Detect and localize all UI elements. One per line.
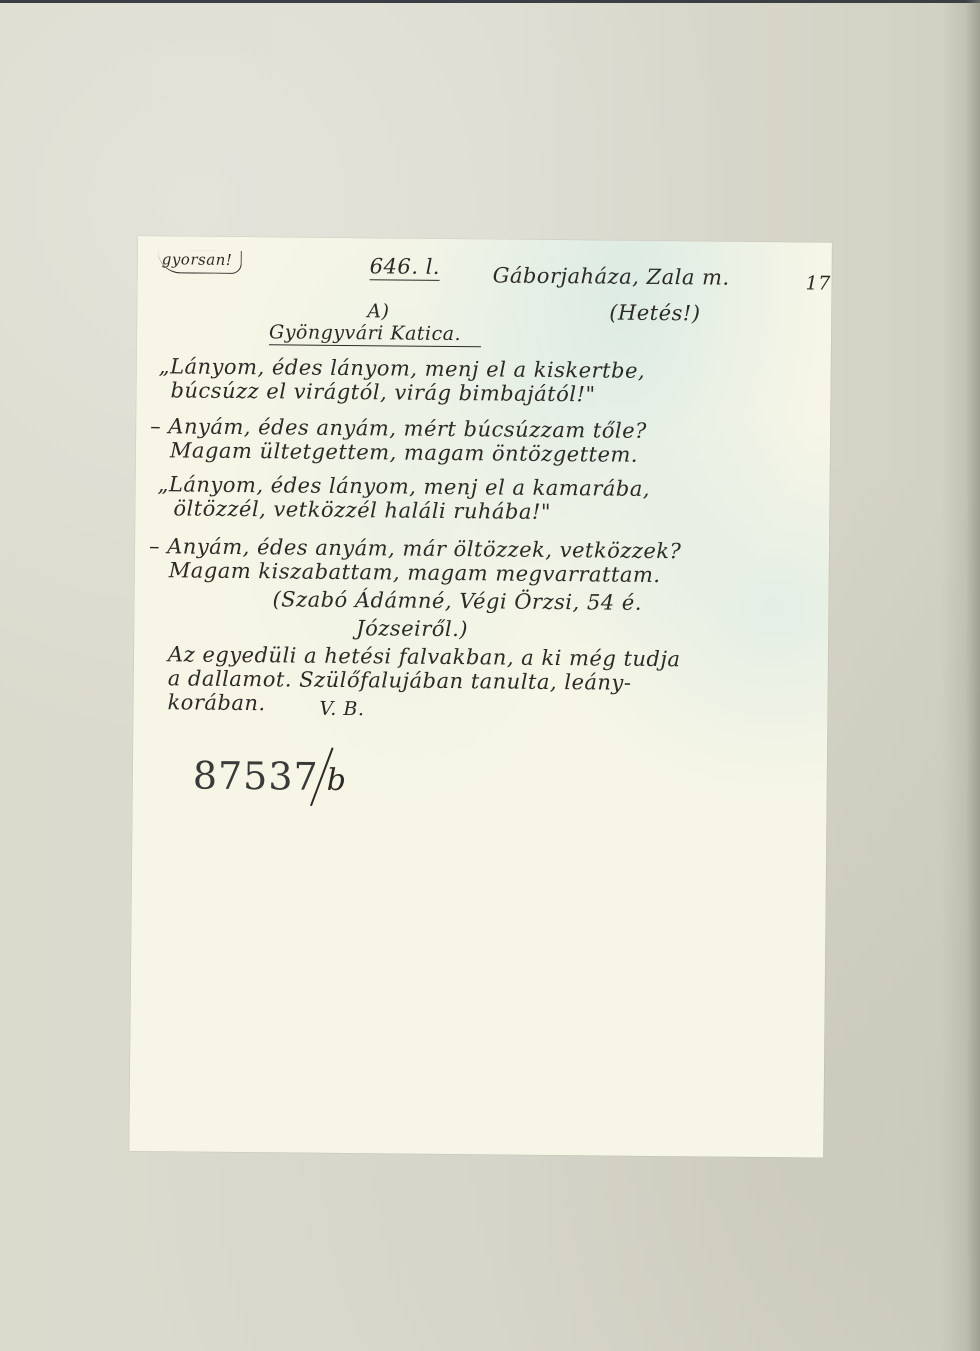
page-number: 17: [805, 272, 830, 294]
region-note: (Hetés!): [609, 301, 700, 326]
scan-top-edge: [0, 0, 980, 3]
source-note-line-2: Józseiről.): [356, 616, 468, 641]
variant-label: A): [367, 300, 389, 322]
inventory-stamp: 87537b: [193, 745, 348, 808]
place-name: Gáborjaháza, Zala m.: [493, 263, 730, 289]
lyric-line: Magam kiszabattam, magam megvarrattam.: [169, 558, 661, 587]
song-title: Gyöngyvári Katica.: [269, 321, 481, 347]
mount-shadow: [966, 0, 980, 1351]
tempo-note: gyorsan!: [158, 250, 242, 274]
source-note-line-1: (Szabó Ádámné, Végi Örzsi, 54 é.: [272, 587, 642, 615]
lyric-line: Magam ültetgettem, magam öntözgettem.: [170, 438, 638, 466]
signature: V. B.: [319, 698, 364, 720]
lyrics-block: „Lányom, édes lányom, menj el a kiskertb…: [138, 236, 832, 243]
collection-number: 646. l.: [370, 254, 441, 281]
lyric-line: öltözzél, vetközzél haláli ruhába!": [173, 496, 551, 524]
manuscript-sheet: gyorsan! 646. l. Gáborjaháza, Zala m. 17…: [129, 236, 832, 1158]
commentary-line-3: korában.: [167, 690, 265, 715]
inventory-suffix: b: [327, 763, 348, 798]
inventory-number: 87537: [193, 754, 319, 799]
lyric-line: búcsúzz el virágtól, virág bimbajától!": [170, 378, 595, 406]
